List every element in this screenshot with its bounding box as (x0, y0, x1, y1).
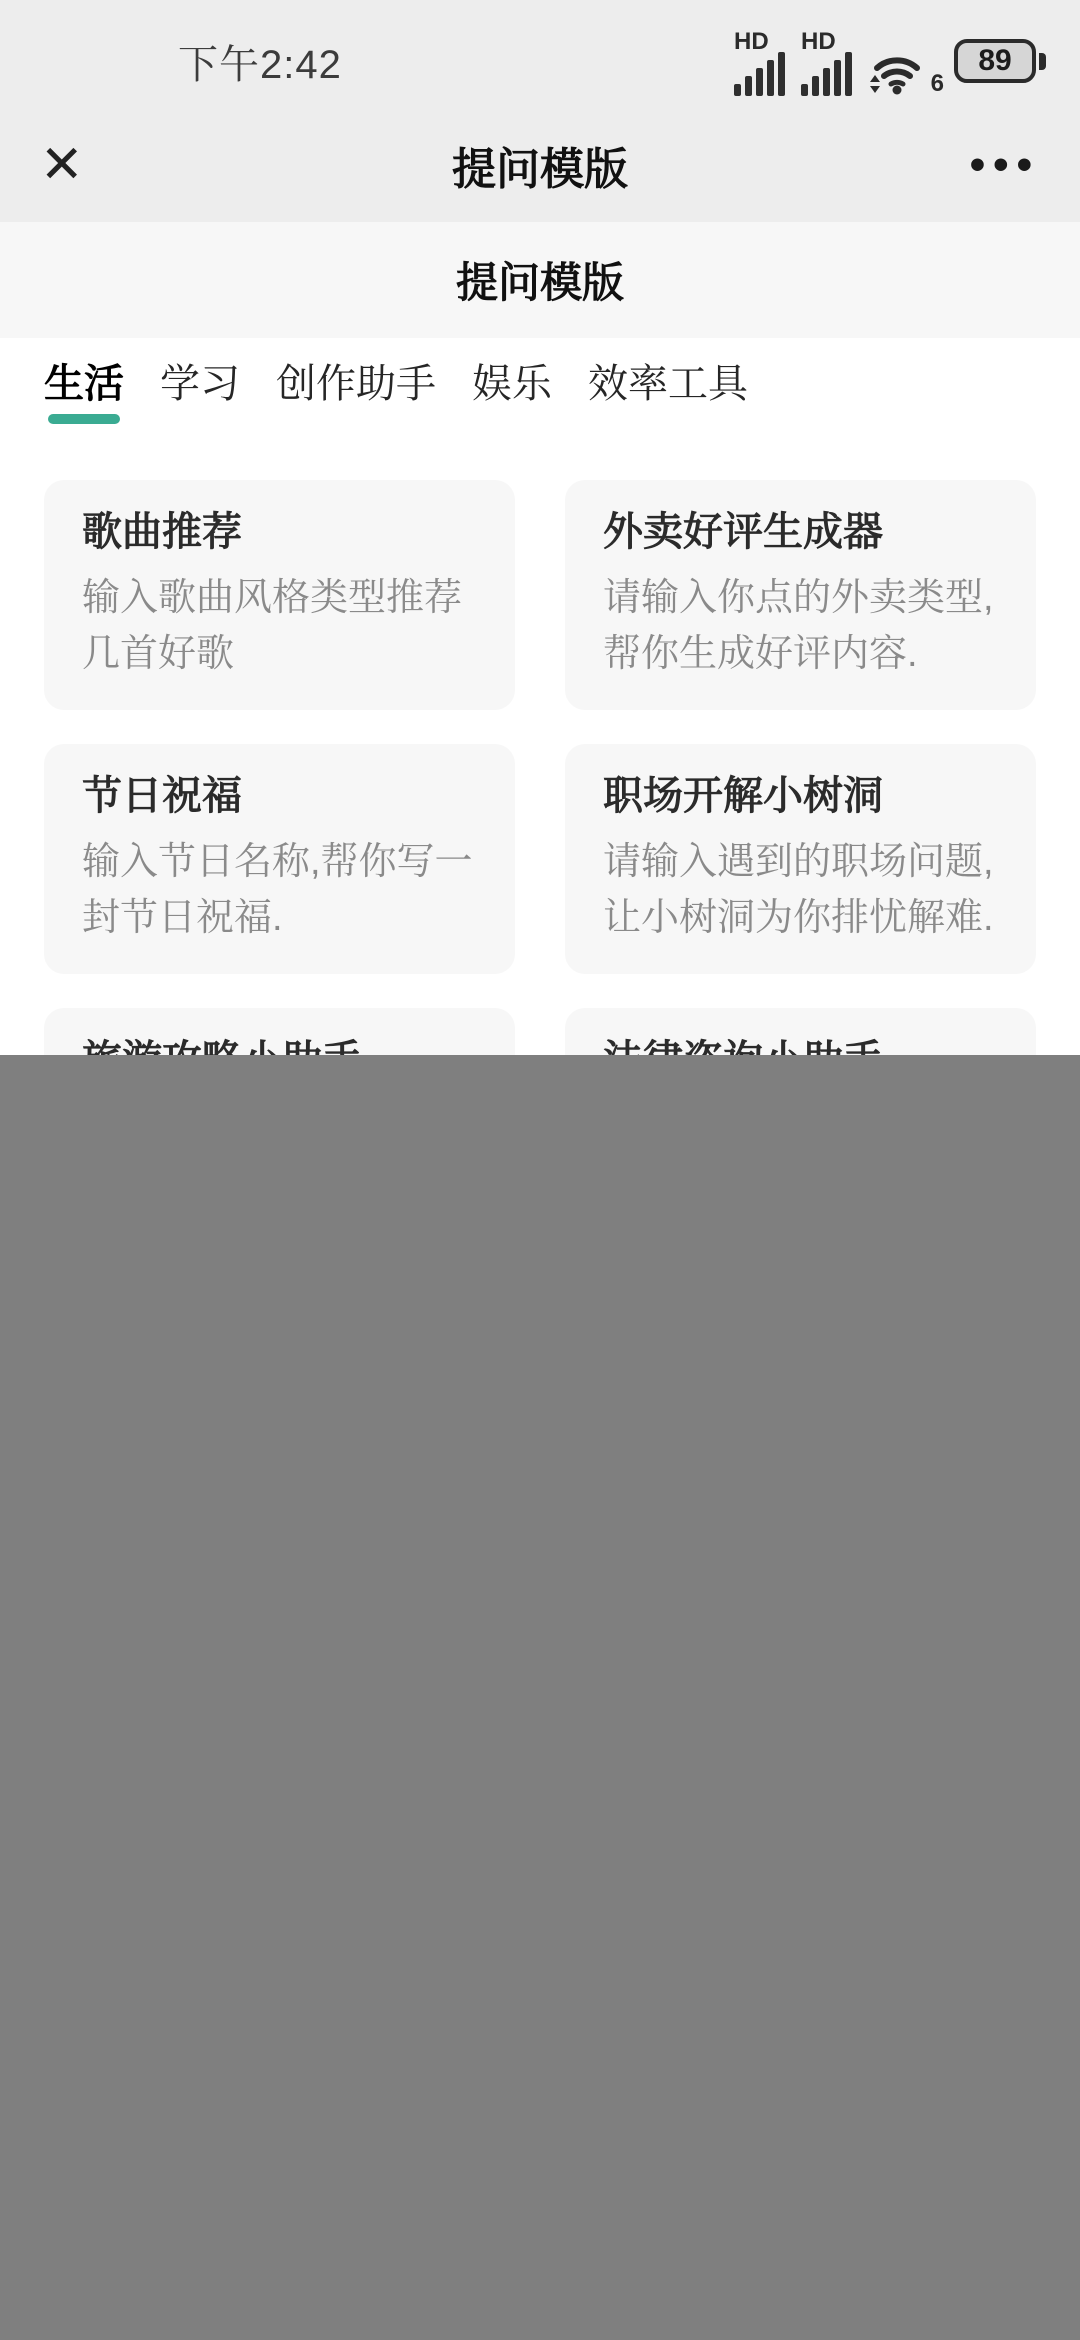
page-header: 提问模版 (0, 222, 1080, 338)
more-menu-icon[interactable]: ••• (970, 143, 1040, 187)
hd-badge: HD (801, 28, 836, 56)
wifi-icon: 6 (868, 26, 938, 96)
card-title: 节日祝福 (82, 772, 477, 820)
wifi-arcs-icon (868, 46, 924, 96)
card-festival-blessing[interactable]: 节日祝福 输入节日名称,帮你写一 封节日祝福. (44, 744, 515, 974)
signal-bars-icon (734, 52, 785, 96)
signal-sim2-icon: HD (801, 26, 852, 96)
card-desc: 输入歌曲风格类型推荐 几首好歌 (82, 570, 477, 682)
page-title: 提问模版 (456, 250, 624, 310)
card-desc: 请输入你点的外卖类型, 帮你生成好评内容. (603, 570, 998, 682)
card-workplace-tree-hole[interactable]: 职场开解小树洞 请输入遇到的职场问题, 让小树洞为你排忧解难. (565, 744, 1036, 974)
tab-life[interactable]: 生活 (44, 364, 124, 424)
tab-label: 学习 (160, 364, 240, 404)
card-desc: 请输入遇到的职场问题, 让小树洞为你排忧解难. (603, 834, 998, 946)
wifi-standard-badge: 6 (931, 70, 944, 98)
screen: 下午2:42 HD HD (0, 0, 1080, 2340)
active-tab-underline (48, 414, 120, 424)
close-icon[interactable]: ✕ (40, 139, 84, 191)
card-title: 歌曲推荐 (82, 508, 477, 556)
unrendered-gray-region (0, 1055, 1080, 2340)
tab-label: 娱乐 (472, 364, 552, 404)
tab-efficiency-tools[interactable]: 效率工具 (588, 364, 748, 424)
tab-label: 生活 (44, 364, 124, 404)
tab-entertainment[interactable]: 娱乐 (472, 364, 552, 424)
status-bar: 下午2:42 HD HD (0, 0, 1080, 108)
hd-badge: HD (734, 28, 769, 56)
tab-study[interactable]: 学习 (160, 364, 240, 424)
tab-label: 效率工具 (588, 364, 748, 404)
battery-nub (1039, 53, 1046, 70)
tab-label: 创作助手 (276, 364, 436, 404)
tab-creation-assistant[interactable]: 创作助手 (276, 364, 436, 424)
battery-percent: 89 (978, 44, 1011, 78)
tab-bar: 生活 学习 创作助手 娱乐 效率工具 (44, 364, 1036, 424)
card-desc: 输入节日名称,帮你写一 封节日祝福. (82, 834, 477, 946)
status-icons: HD HD 6 (734, 26, 1046, 96)
card-title: 外卖好评生成器 (603, 508, 998, 556)
card-takeout-review-generator[interactable]: 外卖好评生成器 请输入你点的外卖类型, 帮你生成好评内容. (565, 480, 1036, 710)
card-title: 职场开解小树洞 (603, 772, 998, 820)
nav-bar: ✕ 提问模版 ••• (0, 108, 1080, 222)
signal-sim1-icon: HD (734, 26, 785, 96)
battery-icon: 89 (954, 26, 1046, 96)
status-time: 下午2:42 (178, 33, 342, 90)
card-song-recommendation[interactable]: 歌曲推荐 输入歌曲风格类型推荐 几首好歌 (44, 480, 515, 710)
battery-body: 89 (954, 39, 1036, 83)
nav-title: 提问模版 (170, 133, 910, 197)
signal-bars-icon (801, 52, 852, 96)
topbar: 下午2:42 HD HD (0, 0, 1080, 222)
